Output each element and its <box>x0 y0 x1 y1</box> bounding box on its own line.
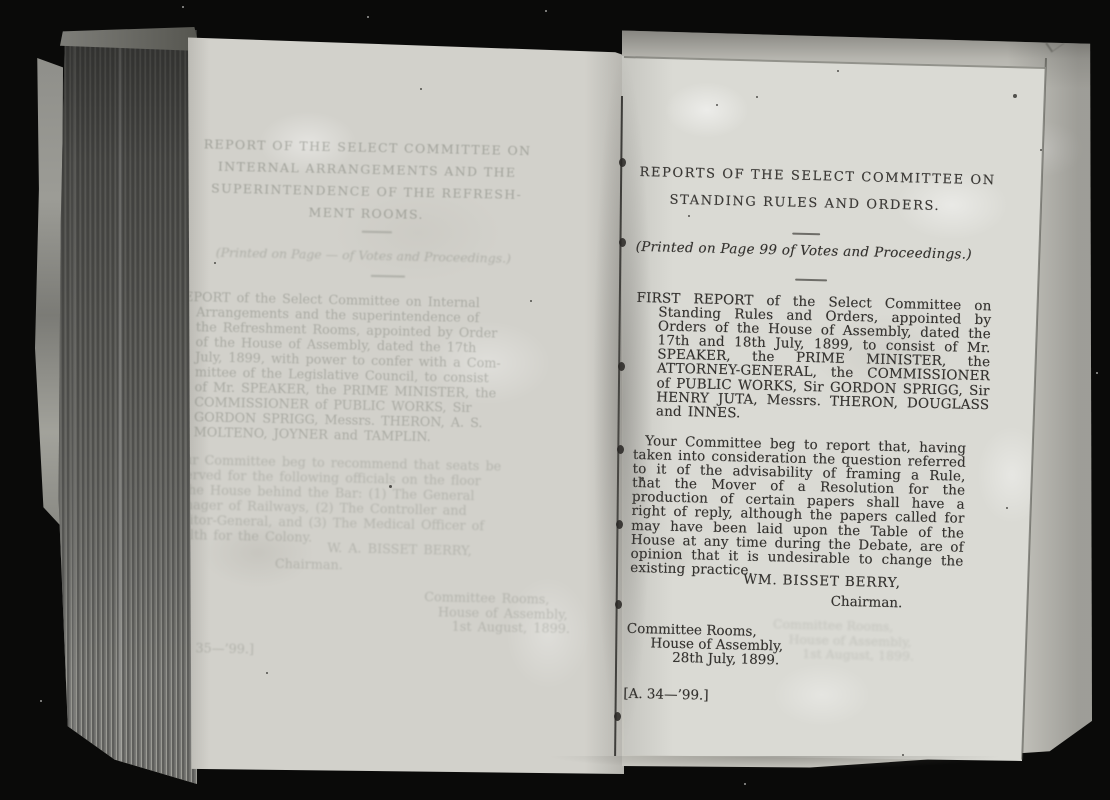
left-page: REPORT OF THE SELECT COMMITTEE ON INTERN… <box>188 33 624 774</box>
stitch-knot <box>618 362 625 371</box>
ghost-heading-line: REPORT OF THE SELECT COMMITTEE ON <box>198 136 538 158</box>
book-photo: REPORT OF THE SELECT COMMITTEE ON INTERN… <box>0 0 1110 800</box>
foxing-speck <box>1013 94 1017 98</box>
first-report-paragraph: FIRST REPORT of the Select Committee on … <box>634 291 992 426</box>
stitch-knot <box>616 520 623 529</box>
right-page-text: REPORTS OF THE SELECT COMMITTEE ON STAND… <box>622 55 1048 767</box>
book-cover-edge <box>35 58 63 526</box>
foxing-speck <box>214 262 216 264</box>
foxing-speck <box>837 70 839 72</box>
foxing-speck <box>902 754 904 756</box>
gutter-shadow <box>588 33 658 768</box>
ghost-divider-rule <box>371 275 405 278</box>
foxing-speck <box>1006 507 1008 509</box>
printed-note: (Printed on Page 99 of Votes and Proceed… <box>622 239 986 264</box>
ghost-heading-line: MENT ROOMS. <box>196 202 536 224</box>
signature-title: Chairman. <box>716 591 1016 614</box>
dust-speck <box>744 783 746 785</box>
book-bottom-shadow <box>540 756 1010 780</box>
ghost-body-line: Health for the Colony. <box>188 528 312 546</box>
foxing-speck <box>420 88 422 90</box>
ghost-heading-line: INTERNAL ARRANGEMENTS AND THE <box>197 158 537 180</box>
report-title-line1: REPORTS OF THE SELECT COMMITTEE ON <box>639 165 971 188</box>
foxing-speck <box>688 215 690 217</box>
ghost-divider-rule <box>362 231 392 234</box>
foxing-speck <box>389 485 392 488</box>
ghost-signature-title: Chairman. <box>275 557 343 573</box>
ghost-dateline: 1st August, 1899. <box>802 646 914 664</box>
committee-opinion-paragraph: Your Committee beg to report that, havin… <box>630 434 966 583</box>
dateline-date: 28th July, 1899. <box>672 650 779 669</box>
ghost-reference: [A. 35—’99.] <box>188 641 254 658</box>
dust-speck <box>40 700 42 702</box>
foxing-speck <box>716 104 718 106</box>
foxing-speck <box>1040 149 1042 151</box>
foxing-speck <box>641 477 644 480</box>
stitch-knot <box>615 600 622 609</box>
page-edges-stack <box>55 27 197 787</box>
foxing-speck <box>756 96 758 98</box>
foxing-speck <box>266 672 268 674</box>
stitch-knot <box>617 445 624 454</box>
dust-speck <box>182 6 184 8</box>
ghost-heading-line: SUPERINTENDENCE OF THE REFRESH- <box>197 180 537 202</box>
ghost-dateline: 1st August, 1899. <box>451 620 570 637</box>
left-page-ghost-text: REPORT OF THE SELECT COMMITTEE ON INTERN… <box>188 33 624 774</box>
dust-speck <box>367 16 369 18</box>
stitch-knot <box>614 712 621 721</box>
stitch-knot <box>619 238 626 247</box>
stitch-knot <box>619 158 626 167</box>
report-title-line2: STANDING RULES AND ORDERS. <box>639 192 971 215</box>
dust-speck <box>1096 372 1098 374</box>
foxing-speck <box>530 300 532 302</box>
divider-rule <box>795 279 827 282</box>
ghost-printed-note: (Printed on Page — of Votes and Proceedi… <box>188 244 544 267</box>
ghost-signature: W. A. BISSET BERRY, <box>327 541 472 559</box>
divider-rule <box>792 233 820 236</box>
dust-speck <box>545 10 547 12</box>
right-page: REPORTS OF THE SELECT COMMITTEE ON STAND… <box>622 55 1048 767</box>
